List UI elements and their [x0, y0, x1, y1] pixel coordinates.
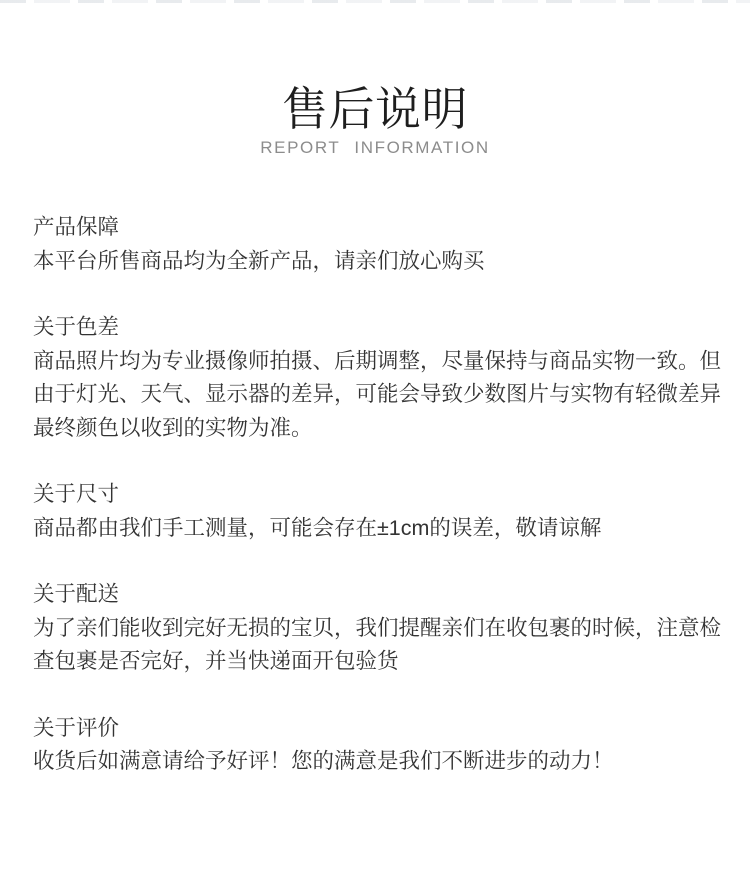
section-line: 本平台所售商品均为全新产品，请亲们放心购买 — [33, 245, 733, 279]
page-subtitle: REPORT INFORMATION — [0, 139, 750, 157]
section-line: 为了亲们能收到完好无损的宝贝，我们提醒亲们在收包裹的时候，注意检 — [33, 612, 733, 646]
aftersales-sections: 产品保障 本平台所售商品均为全新产品，请亲们放心购买 关于色差 商品照片均为专业… — [33, 211, 733, 779]
section-review: 关于评价 收货后如满意请给予好评！您的满意是我们不断进步的动力！ — [33, 712, 733, 779]
section-product-guarantee: 产品保障 本平台所售商品均为全新产品，请亲们放心购买 — [33, 211, 733, 278]
cropped-image-edge-artifact — [0, 0, 750, 3]
page-title: 售后说明 — [0, 84, 750, 134]
section-heading: 关于配送 — [33, 578, 733, 612]
section-line: 由于灯光、天气、显示器的差异，可能会导致少数图片与实物有轻微差异 — [33, 378, 733, 412]
section-heading: 关于尺寸 — [33, 478, 733, 512]
section-heading: 关于色差 — [33, 311, 733, 345]
section-line: 商品照片均为专业摄像师拍摄、后期调整，尽量保持与商品实物一致。但 — [33, 345, 733, 379]
section-line: 商品都由我们手工测量，可能会存在±1cm的误差，敬请谅解 — [33, 512, 733, 546]
section-color-difference: 关于色差 商品照片均为专业摄像师拍摄、后期调整，尽量保持与商品实物一致。但 由于… — [33, 311, 733, 445]
section-line: 查包裹是否完好，并当快递面开包验货 — [33, 645, 733, 679]
section-heading: 关于评价 — [33, 712, 733, 746]
section-line: 最终颜色以收到的实物为准。 — [33, 412, 733, 446]
section-heading: 产品保障 — [33, 211, 733, 245]
page-header: 售后说明 REPORT INFORMATION — [0, 84, 750, 157]
section-size: 关于尺寸 商品都由我们手工测量，可能会存在±1cm的误差，敬请谅解 — [33, 478, 733, 545]
aftersales-info-page: 售后说明 REPORT INFORMATION 产品保障 本平台所售商品均为全新… — [0, 0, 750, 888]
section-line: 收货后如满意请给予好评！您的满意是我们不断进步的动力！ — [33, 745, 733, 779]
section-delivery: 关于配送 为了亲们能收到完好无损的宝贝，我们提醒亲们在收包裹的时候，注意检 查包… — [33, 578, 733, 679]
